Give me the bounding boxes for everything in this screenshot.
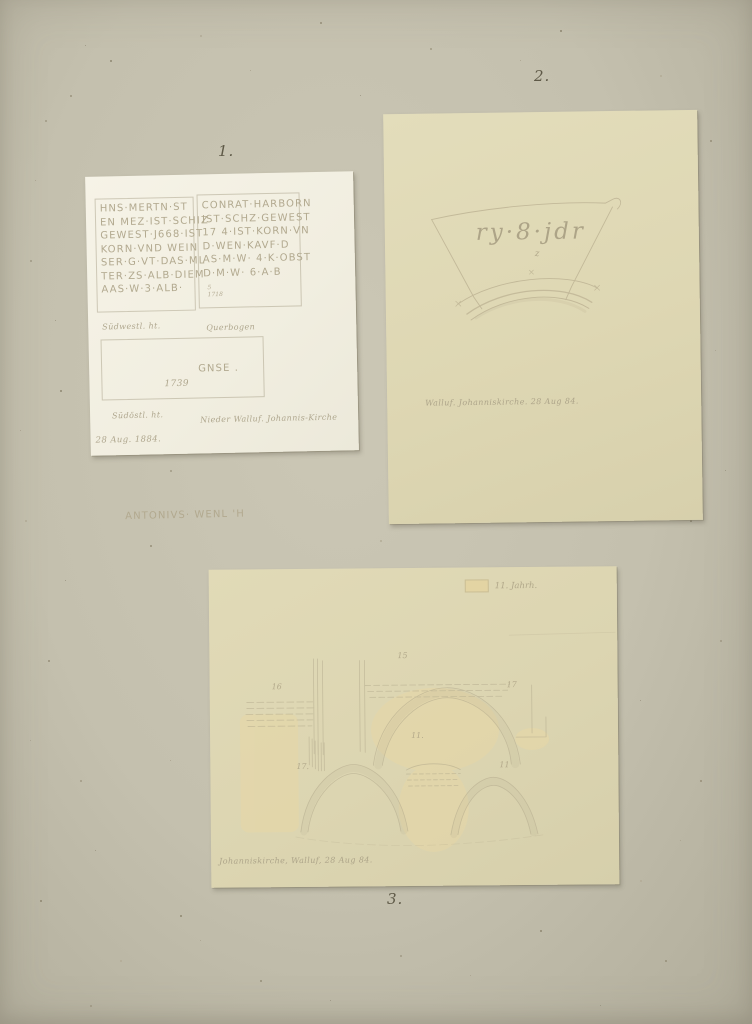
note-under-antonius-box: Südöstl. ht. (112, 410, 163, 420)
sketch-number-11b: 11 (499, 760, 509, 769)
item-number-3: 3. (387, 890, 403, 908)
legend-color-swatch (465, 579, 489, 592)
inscription-line: AAS·W·3·ALB· (101, 281, 210, 297)
century-legend: 11. Jahrh. (465, 579, 538, 593)
wash-left-strip (240, 714, 299, 833)
paper-3-masonry-sketch-sheet: 16 15 17 11. 11 17. 11. Jahrh. Johannisk… (209, 566, 620, 888)
antonius-line-2: GNSE . (198, 362, 239, 376)
arch-keystone-drawing: ry·8·jdr z (383, 110, 703, 524)
inscription-line: TER·ZS·ALB·DIEM (101, 268, 210, 284)
gothic-inscription-glyphs: ry·8·jdr (476, 218, 586, 246)
sketch-number-17: 17 (507, 680, 518, 689)
note-under-left-box: Südwestl. ht. (102, 321, 161, 331)
paper-1-inscription-sheet: HNS·MERTN·ST EN MEZ·IST·SCHIZ GEWEST·J66… (85, 171, 359, 456)
gothic-inscription-small-glyph: z (534, 249, 540, 259)
item-number-1: 1. (218, 142, 234, 160)
antonius-line-1: ANTONIVS· WENL 'H (125, 508, 245, 524)
right-box-mark: 5 1718 (207, 284, 223, 298)
paper-speckles-fine (0, 0, 1, 1)
paper-2-arch-sketch-sheet: ry·8·jdr z Walluf. Johanniskirche. 28 Au… (383, 110, 703, 524)
inscription-line: 17 4·IST·KORN·VN (202, 224, 312, 240)
inscription-line: D·M·W· 6·A·B (203, 265, 313, 281)
antonius-line-3: 1739 (164, 379, 189, 390)
item-number-2: 2. (534, 67, 550, 85)
inscription-left-text: HNS·MERTN·ST EN MEZ·IST·SCHIZ GEWEST·J66… (100, 200, 211, 297)
inscription-line: AS·M·W· 4·K·OBST (203, 251, 313, 267)
sketch-number-11a: 11. (411, 731, 424, 740)
sketch-number-17b: 17. (296, 762, 309, 771)
masonry-arches-drawing: 16 15 17 11. 11 17. (209, 566, 620, 888)
inscription-right-text: CONRAT·HARBORN IST·SCHZ·GEWEST 17 4·IST·… (202, 197, 314, 280)
album-page: 1. 2. 3. HNS·MERTN·ST EN MEZ·IST·SCHIZ G… (0, 0, 752, 1024)
paper-3-caption: Johanniskirche, Walluf, 28 Aug 84. (219, 855, 373, 865)
legend-label: 11. Jahrh. (495, 580, 538, 590)
location-note: Nieder Walluf. Johannis-Kirche (200, 413, 337, 425)
sketch-number-15: 15 (397, 651, 407, 660)
sketch-number-16: 16 (272, 682, 282, 691)
antonius-box: ANTONIVS· WENL 'H GNSE . 1739 (101, 336, 265, 400)
date-note: 28 Aug. 1884. (96, 434, 162, 445)
note-under-right-box: Querbogen (206, 322, 255, 332)
